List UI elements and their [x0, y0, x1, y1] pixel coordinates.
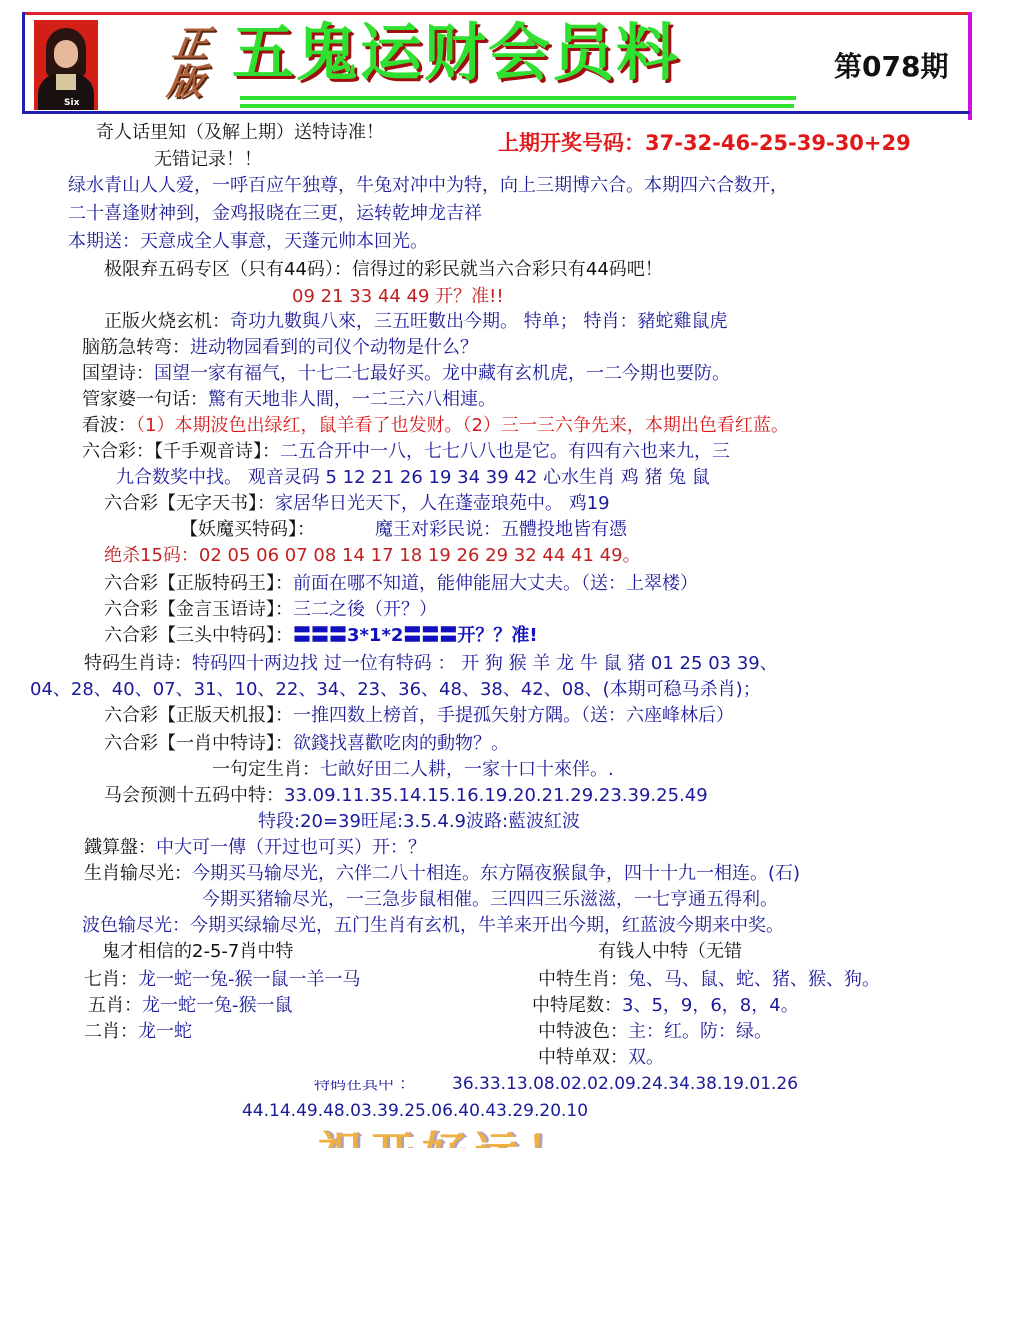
border-left [22, 12, 25, 114]
last-draw: 上期开奖号码：37-32-46-25-39-30+29 [498, 129, 911, 157]
line-yiju: 一句定生肖：七畝好田二人耕，一家十口十來伴。. [212, 758, 614, 782]
left-box-row: 七肖：龙一蛇一兔-猴一鼠一羊一马 [84, 968, 361, 992]
line-wuzi: 六合彩【无字天书】：家居华日光天下，人在蓬壶琅苑中。 鸡19 [104, 492, 610, 516]
border-right [968, 12, 972, 120]
line-yixiao: 六合彩【一肖中特诗】：欲錢找喜歡吃肉的動物？。 [104, 732, 509, 756]
line-temawang: 六合彩【正版特码王】：前面在哪不知道，能伸能屈大丈夫。（送：上翠楼） [104, 572, 698, 596]
footer-partial: 祝开好运！ [318, 1122, 578, 1148]
line-tianjibao: 六合彩【正版天机报】：一推四数上榜首，手提孤矢射方隅。（送：六座峰林后） [104, 704, 734, 728]
special-line2: 44.14.49.48.03.39.25.06.40.43.29.20.10 [242, 1100, 588, 1122]
intro-line: 奇人话里知（及解上期）送特诗准！ [96, 121, 384, 145]
left-box-row: 二肖：龙一蛇 [84, 1020, 192, 1044]
photo-tag: Six [64, 98, 79, 108]
poem-line: 绿水青山人人爱，一呼百应午独尊，牛兔对冲中为特，向上三期博六合。本期四六合数开， [68, 174, 788, 198]
intro-line: 无错记录！！ [154, 148, 262, 172]
line-shuji: 生肖输尽光：今期买马输尽光，六伴二八十相连。东方隔夜猴鼠争，四十十九一相连。(石… [84, 862, 800, 886]
header-banner: Six 正版 五鬼运财会员料 第078期 [22, 12, 972, 114]
right-box-row: 中特单双：双。 [538, 1046, 664, 1070]
line-santou: 六合彩【三头中特码】：〓〓〓3*1*2〓〓〓开？？准! [104, 624, 538, 648]
line-juesha: 绝杀15码：02 05 06 07 08 14 17 18 19 26 29 3… [104, 544, 641, 568]
five-codes-numbers: 09 21 33 44 49 开？准!! [292, 285, 504, 309]
line-naojin: 脑筋急转弯：进动物园看到的司仪个动物是什么？ [82, 336, 478, 360]
line-guanjiapo: 管家婆一句话：驚有天地非人間，一二三六八相連。 [82, 388, 496, 412]
five-codes-title: 极限弃五码专区（只有44码）：信得过的彩民就当六合彩只有44码吧！ [104, 258, 663, 282]
right-box-row: 中特波色：主：红。防：绿。 [538, 1020, 772, 1044]
line-shengxiao-cont: 04、28、40、07、31、10、22、34、23、36、48、38、42、0… [30, 678, 761, 702]
line-qianshou-cont: 九合数奖中找。 观音灵码 5 12 21 26 19 34 39 42 心水生肖… [116, 466, 710, 490]
border-bottom [22, 111, 970, 114]
line-qianshou: 六合彩：【千手观音诗】：二五合开中一八，七七八八也是它。有四有六也来九，三 [82, 440, 730, 464]
page-title: 五鬼运财会员料 [232, 18, 680, 88]
right-box-title: 有钱人中特（无错 [598, 940, 742, 964]
line-huoshao: 正版火烧玄机：奇功九數與八來，三五旺數出今期。 特单； 特肖：豬蛇雞鼠虎 [104, 310, 727, 334]
title-underline [240, 96, 796, 100]
line-guowang: 国望诗：国望一家有福气，十七二七最好买。龙中藏有玄机虎，一二今期也要防。 [82, 362, 730, 386]
portrait-photo: Six [34, 20, 98, 110]
line-mahui: 马会预测十五码中特：33.09.11.35.14.15.16.19.20.21.… [104, 784, 708, 808]
line-jinyan: 六合彩【金言玉语诗】：三二之後（开？） [104, 598, 437, 622]
line-kanbo: 看波：（1）本期波色出绿红，鼠羊看了也发财。（2）三一三六争先来，本期出色看红蓝… [82, 414, 789, 438]
last-draw-value: 37-32-46-25-39-30+29 [645, 131, 911, 155]
zhengban-badge: 正版 [164, 26, 221, 106]
poem-line: 二十喜逢财神到，金鸡报晓在三更，运转乾坤龙吉祥 [68, 202, 482, 226]
line-shengxiao-shi: 特码生肖诗：特码四十两边找 过一位有特码 ： 开 狗 猴 羊 龙 牛 鼠 猪 0… [84, 652, 778, 676]
line-yaomo: 【妖魔买特码】：魔王对彩民说：五體投地皆有憑 [180, 518, 627, 542]
right-box-row: 中特尾数：3、5，9，6，8，4。 [532, 994, 799, 1018]
line-tiesuanpan: 鐵算盤：中大可一傳（开过也可买）开：？ [84, 836, 426, 860]
border-top [22, 12, 970, 15]
line-shuji-cont: 今期买猪输尽光，一三急步鼠相催。三四四三乐滋滋，一七亨通五得利。 [202, 888, 778, 912]
poem-line: 本期送：天意成全人事意，天蓬元帅本回光。 [68, 230, 428, 254]
title-underline [240, 104, 794, 108]
right-box-row: 中特生肖：兔、马、鼠、蛇、猪、猴、狗。 [538, 968, 880, 992]
left-box-title: 鬼才相信的2-5-7肖中特 [102, 940, 293, 964]
special-label: 特码在其中 ： [314, 1074, 415, 1094]
line-teduan: 特段:20=39旺尾:3.5.4.9波路:藍波紅波 [258, 810, 580, 834]
last-draw-label: 上期开奖号码： [498, 131, 645, 155]
left-box-row: 五肖：龙一蛇一兔-猴一鼠 [88, 994, 293, 1018]
line-bose: 波色输尽光：今期买绿输尽光，五门生肖有玄机，牛羊来开出今期，红蓝波今期来中奖。 [82, 914, 784, 938]
issue-number: 第078期 [834, 50, 948, 84]
special-line1: 36.33.13.08.02.02.09.24.34.38.19.01.26 [452, 1073, 798, 1095]
